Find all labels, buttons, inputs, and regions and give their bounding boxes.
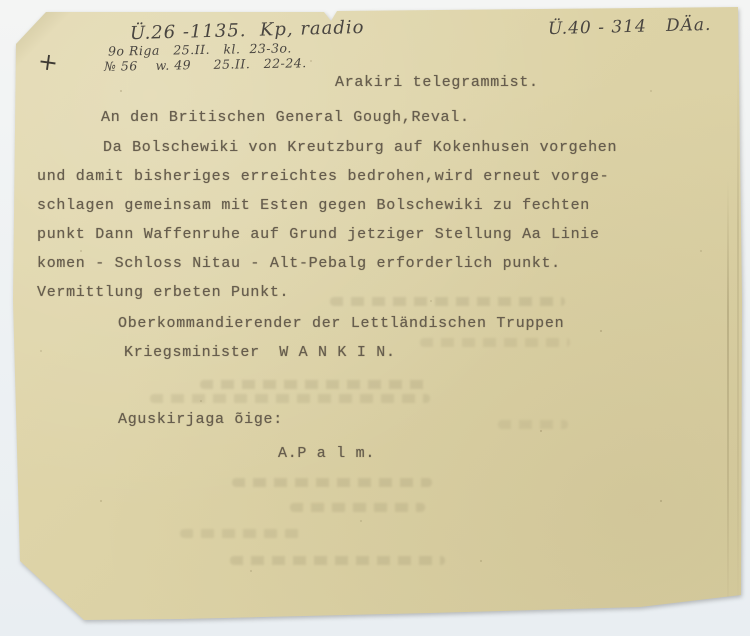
ink-bleedthrough: [200, 380, 430, 389]
ink-bleedthrough: [420, 338, 570, 347]
handwritten-note-top-right: Ü.40 - 314 DÄa.: [548, 15, 712, 39]
signoff-name-line: Kriegsminister W A N K I N.: [124, 344, 396, 361]
ink-bleedthrough: [230, 556, 445, 565]
ink-bleedthrough: [180, 529, 305, 538]
paper-crease: [737, 60, 739, 620]
paper-sheet: + Ü.26 -1135. Kp, raadio 9o Riga 25.II. …: [0, 0, 750, 636]
salutation-line: An den Britischen General Gough,Reval.: [101, 109, 470, 126]
ink-bleedthrough: [290, 503, 425, 512]
signoff-title-line: Oberkommandierender der Lettländischen T…: [118, 315, 564, 332]
body-line: Da Bolschewiki von Kreutzburg auf Kokenh…: [103, 139, 617, 156]
handwritten-cross-mark: +: [36, 47, 60, 78]
paper-crease: [727, 180, 729, 620]
scanned-document: + Ü.26 -1135. Kp, raadio 9o Riga 25.II. …: [0, 0, 750, 636]
ink-bleedthrough: [330, 297, 565, 306]
ink-bleedthrough: [498, 420, 568, 429]
handwritten-note-top-left-line3: № 56 w. 49 25.II. 22-24.: [104, 55, 307, 74]
certification-line: Aguskirjaga õige:: [118, 411, 283, 428]
body-line: Vermittlung erbeten Punkt.: [37, 284, 289, 301]
body-line: punkt Dann Waffenruhe auf Grund jetziger…: [37, 226, 600, 243]
ink-bleedthrough: [150, 394, 430, 403]
document-title: Arakiri telegrammist.: [335, 74, 539, 91]
paper-texture-specks: [0, 0, 2, 2]
certifier-signature: A.P a l m.: [278, 445, 375, 462]
handwritten-note-top-left-line1: Ü.26 -1135. Kp, raadio: [130, 17, 365, 44]
body-line: und damit bisheriges erreichtes bedrohen…: [37, 168, 609, 185]
ink-bleedthrough: [232, 478, 432, 487]
body-line: schlagen gemeinsam mit Esten gegen Bolsc…: [37, 197, 590, 214]
body-line: komen - Schloss Nitau - Alt-Pebalg erfor…: [37, 255, 561, 272]
